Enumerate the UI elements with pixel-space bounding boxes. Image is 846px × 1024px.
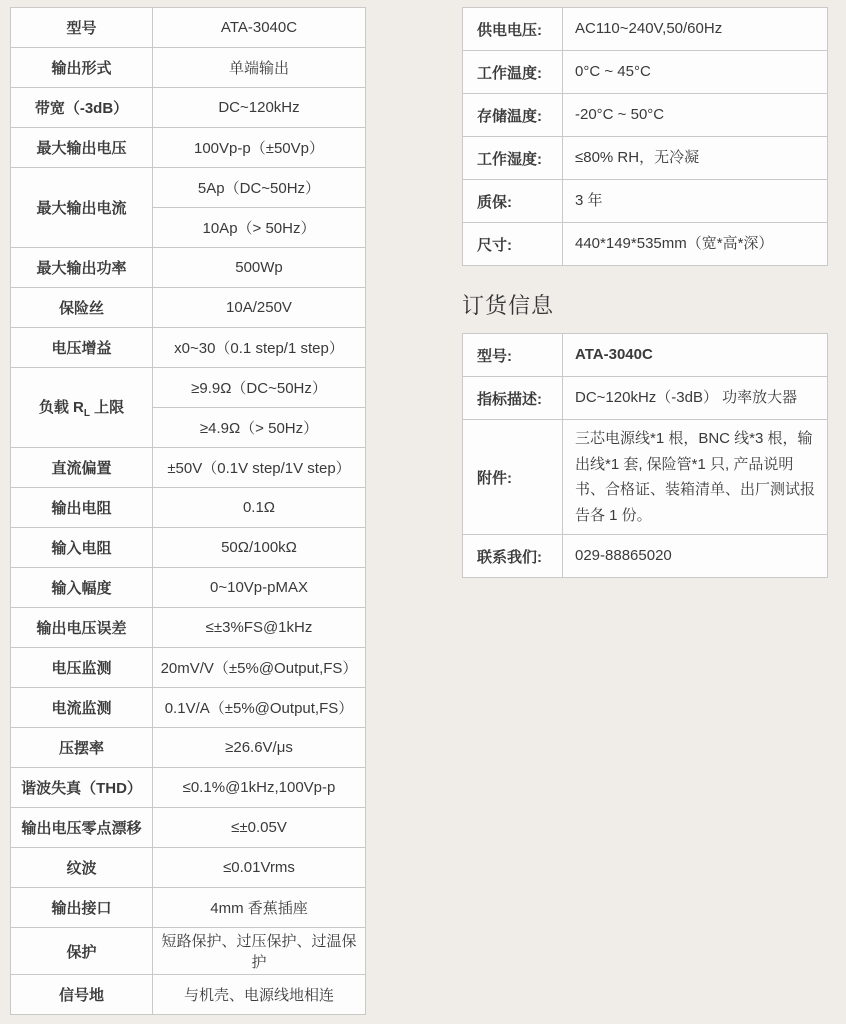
- ordering-row-label: 型号:: [463, 334, 563, 377]
- spec-label: 负载 RL 上限: [11, 368, 153, 448]
- env-row-value: -20°C ~ 50°C: [563, 94, 828, 137]
- spec-label: 输入幅度: [11, 568, 153, 608]
- spec-value: 与机壳、电源线地相连: [153, 975, 366, 1015]
- env-row-label: 工作温度:: [463, 51, 563, 94]
- spec-value: ≤0.01Vrms: [153, 848, 366, 888]
- env-row-value: ≤80% RH，无冷凝: [563, 137, 828, 180]
- env-row-label: 工作湿度:: [463, 137, 563, 180]
- spec-sheet-page: 型号ATA-3040C输出形式单端输出带宽（-3dB）DC~120kHz最大输出…: [0, 0, 846, 1024]
- spec-row: 电压增益x0~30（0.1 step/1 step）: [11, 328, 366, 368]
- spec-value: 0~10Vp-pMAX: [153, 568, 366, 608]
- ordering-row-value: DC~120kHz（-3dB） 功率放大器: [563, 377, 828, 420]
- spec-row: 最大输出电压100Vp-p（±50Vp）: [11, 128, 366, 168]
- ordering-row-value: ATA-3040C: [563, 334, 828, 377]
- spec-label: 输出接口: [11, 888, 153, 928]
- spec-value: 10Ap（> 50Hz）: [153, 208, 366, 248]
- spec-label: 带宽（-3dB）: [11, 88, 153, 128]
- ordering-row-value: 三芯电源线*1 根，BNC 线*3 根，输出线*1 套, 保险管*1 只, 产品…: [563, 420, 828, 535]
- spec-label: 输出电阻: [11, 488, 153, 528]
- spec-row: 输出电压误差≤±3%FS@1kHz: [11, 608, 366, 648]
- spec-value: 50Ω/100kΩ: [153, 528, 366, 568]
- ordering-row: 指标描述:DC~120kHz（-3dB） 功率放大器: [463, 377, 828, 420]
- spec-value: ±50V（0.1V step/1V step）: [153, 448, 366, 488]
- spec-row: 电流监测0.1V/A（±5%@Output,FS）: [11, 688, 366, 728]
- spec-row: 最大输出功率500Wp: [11, 248, 366, 288]
- spec-row: 信号地与机壳、电源线地相连: [11, 975, 366, 1015]
- ordering-row-label: 联系我们:: [463, 535, 563, 578]
- spec-label: 压摆率: [11, 728, 153, 768]
- spec-value: 短路保护、过压保护、过温保护: [153, 928, 366, 975]
- spec-value: x0~30（0.1 step/1 step）: [153, 328, 366, 368]
- spec-label: 纹波: [11, 848, 153, 888]
- spec-value: ≤±3%FS@1kHz: [153, 608, 366, 648]
- env-row-label: 质保:: [463, 180, 563, 223]
- env-row: 工作湿度:≤80% RH，无冷凝: [463, 137, 828, 180]
- spec-label: 最大输出功率: [11, 248, 153, 288]
- spec-label: 电流监测: [11, 688, 153, 728]
- env-row-value: 3 年: [563, 180, 828, 223]
- spec-value: 0.1V/A（±5%@Output,FS）: [153, 688, 366, 728]
- spec-row: 输出电压零点漂移≤±0.05V: [11, 808, 366, 848]
- spec-label: 输出形式: [11, 48, 153, 88]
- ordering-row: 型号:ATA-3040C: [463, 334, 828, 377]
- spec-value: 单端输出: [153, 48, 366, 88]
- spec-value: ≤0.1%@1kHz,100Vp-p: [153, 768, 366, 808]
- spec-row: 纹波≤0.01Vrms: [11, 848, 366, 888]
- env-table-body: 供电电压:AC110~240V,50/60Hz工作温度:0°C ~ 45°C存储…: [463, 8, 828, 266]
- spec-row: 保险丝10A/250V: [11, 288, 366, 328]
- spec-row: 带宽（-3dB）DC~120kHz: [11, 88, 366, 128]
- spec-label: 输入电阻: [11, 528, 153, 568]
- ordering-row-label: 指标描述:: [463, 377, 563, 420]
- spec-value: 4mm 香蕉插座: [153, 888, 366, 928]
- spec-row: 最大输出电流5Ap（DC~50Hz）: [11, 168, 366, 208]
- spec-label: 直流偏置: [11, 448, 153, 488]
- spec-value: 20mV/V（±5%@Output,FS）: [153, 648, 366, 688]
- spec-row: 负载 RL 上限≥9.9Ω（DC~50Hz）: [11, 368, 366, 408]
- spec-value: 100Vp-p（±50Vp）: [153, 128, 366, 168]
- spec-row: 输出形式单端输出: [11, 48, 366, 88]
- spec-row: 直流偏置±50V（0.1V step/1V step）: [11, 448, 366, 488]
- spec-label: 最大输出电流: [11, 168, 153, 248]
- spec-label: 最大输出电压: [11, 128, 153, 168]
- env-row-label: 尺寸:: [463, 223, 563, 266]
- spec-row: 输出电阻0.1Ω: [11, 488, 366, 528]
- spec-label: 电压增益: [11, 328, 153, 368]
- spec-row: 型号ATA-3040C: [11, 8, 366, 48]
- spec-label-text: 上限: [90, 399, 124, 416]
- spec-label-text: 负载 R: [39, 399, 84, 416]
- spec-row: 电压监测20mV/V（±5%@Output,FS）: [11, 648, 366, 688]
- env-row-value: AC110~240V,50/60Hz: [563, 8, 828, 51]
- spec-label: 保险丝: [11, 288, 153, 328]
- ordering-row-label: 附件:: [463, 420, 563, 535]
- spec-label: 谐波失真（THD）: [11, 768, 153, 808]
- spec-value: ≤±0.05V: [153, 808, 366, 848]
- spec-value: ≥26.6V/μs: [153, 728, 366, 768]
- ordering-table-body: 型号:ATA-3040C指标描述:DC~120kHz（-3dB） 功率放大器附件…: [463, 334, 828, 578]
- spec-value: 0.1Ω: [153, 488, 366, 528]
- spec-label: 信号地: [11, 975, 153, 1015]
- env-row: 供电电压:AC110~240V,50/60Hz: [463, 8, 828, 51]
- spec-value: ≥9.9Ω（DC~50Hz）: [153, 368, 366, 408]
- spec-label: 保护: [11, 928, 153, 975]
- env-row-value: 0°C ~ 45°C: [563, 51, 828, 94]
- ordering-table: 型号:ATA-3040C指标描述:DC~120kHz（-3dB） 功率放大器附件…: [462, 333, 828, 578]
- spec-value: 10A/250V: [153, 288, 366, 328]
- env-table: 供电电压:AC110~240V,50/60Hz工作温度:0°C ~ 45°C存储…: [462, 7, 828, 266]
- spec-label: 输出电压零点漂移: [11, 808, 153, 848]
- spec-row: 保护短路保护、过压保护、过温保护: [11, 928, 366, 975]
- spec-row: 谐波失真（THD）≤0.1%@1kHz,100Vp-p: [11, 768, 366, 808]
- env-row: 存储温度:-20°C ~ 50°C: [463, 94, 828, 137]
- env-row-value: 440*149*535mm（宽*高*深）: [563, 223, 828, 266]
- spec-table: 型号ATA-3040C输出形式单端输出带宽（-3dB）DC~120kHz最大输出…: [10, 7, 366, 1015]
- spec-label: 输出电压误差: [11, 608, 153, 648]
- env-row-label: 供电电压:: [463, 8, 563, 51]
- spec-value: DC~120kHz: [153, 88, 366, 128]
- spec-row: 输入电阻50Ω/100kΩ: [11, 528, 366, 568]
- left-column: 型号ATA-3040C输出形式单端输出带宽（-3dB）DC~120kHz最大输出…: [10, 7, 366, 1015]
- spec-table-body: 型号ATA-3040C输出形式单端输出带宽（-3dB）DC~120kHz最大输出…: [11, 8, 366, 1015]
- ordering-row: 联系我们:029-88865020: [463, 535, 828, 578]
- spec-label: 型号: [11, 8, 153, 48]
- ordering-info-heading: 订货信息: [462, 289, 828, 320]
- env-row: 工作温度:0°C ~ 45°C: [463, 51, 828, 94]
- spec-row: 输出接口4mm 香蕉插座: [11, 888, 366, 928]
- env-row-label: 存储温度:: [463, 94, 563, 137]
- right-column: 供电电压:AC110~240V,50/60Hz工作温度:0°C ~ 45°C存储…: [462, 7, 828, 578]
- spec-label: 电压监测: [11, 648, 153, 688]
- spec-row: 压摆率≥26.6V/μs: [11, 728, 366, 768]
- ordering-row-value: 029-88865020: [563, 535, 828, 578]
- env-row: 质保:3 年: [463, 180, 828, 223]
- spec-row: 输入幅度0~10Vp-pMAX: [11, 568, 366, 608]
- spec-value: 500Wp: [153, 248, 366, 288]
- env-row: 尺寸:440*149*535mm（宽*高*深）: [463, 223, 828, 266]
- spec-value: 5Ap（DC~50Hz）: [153, 168, 366, 208]
- spec-value: ≥4.9Ω（> 50Hz）: [153, 408, 366, 448]
- spec-value: ATA-3040C: [153, 8, 366, 48]
- ordering-row: 附件:三芯电源线*1 根，BNC 线*3 根，输出线*1 套, 保险管*1 只,…: [463, 420, 828, 535]
